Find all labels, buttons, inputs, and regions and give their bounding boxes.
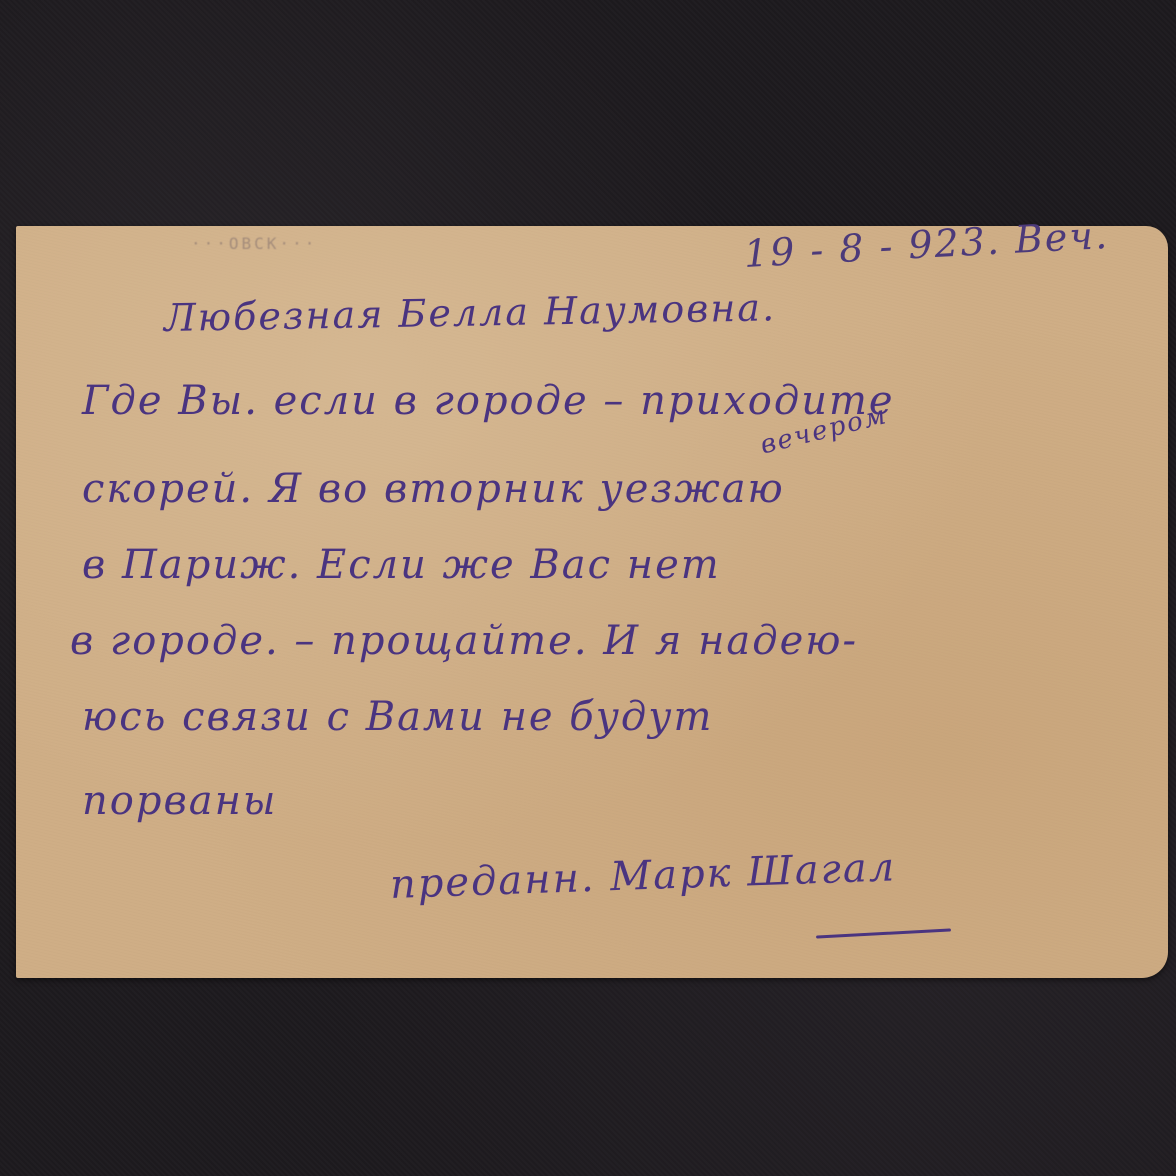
body-line-4: в городе. – прощайте. И я надею- [70,618,858,664]
body-line-2: скорей. Я во вторник уезжаю [82,466,785,512]
body-line-5: юсь связи с Вами не будут [82,694,713,740]
signature-underline [816,928,951,938]
body-line-6: порваны [82,778,278,824]
signature: преданн. Марк Шагал [389,844,897,908]
postcard: ···ОВСК··· 19 - 8 - 923. Веч. Любезная Б… [16,226,1168,978]
body-line-3: в Париж. Если же Вас нет [82,542,721,588]
body-line-1: Где Вы. если в городе – приходите [82,378,895,424]
postmark-stamp: ···ОВСК··· [191,234,391,274]
date-line: 19 - 8 - 923. Веч. [743,213,1110,276]
greeting-line: Любезная Белла Наумовна. [164,285,777,340]
